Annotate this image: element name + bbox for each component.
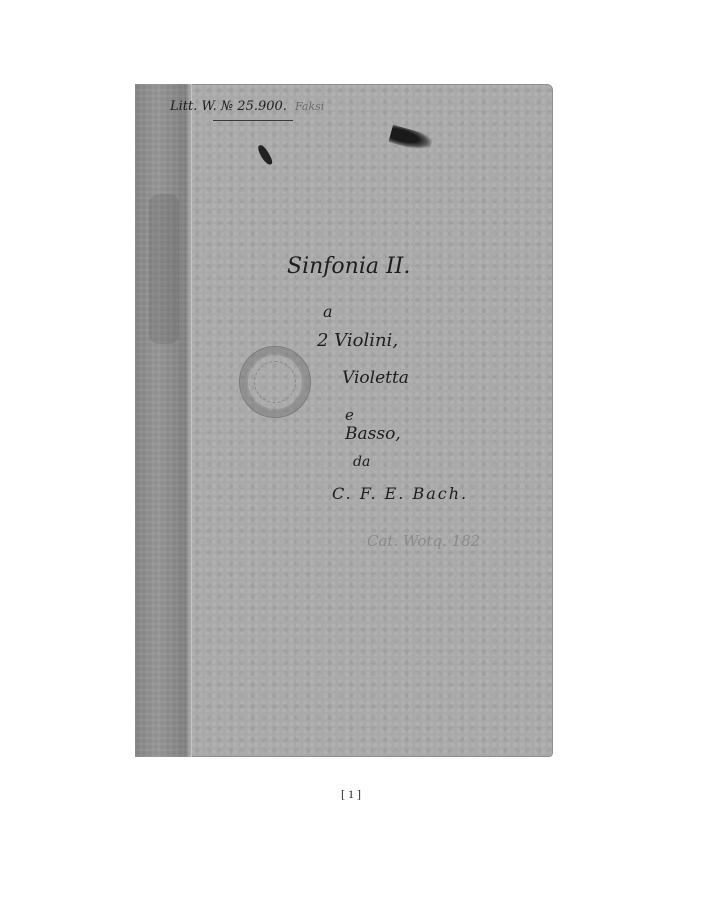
stamp-inner-ring (254, 361, 296, 403)
composer-name: C. F. E. Bach. (332, 484, 468, 503)
instrument-violini: 2 Violini, (317, 330, 398, 351)
catalog-mark: Litt. W. № 25.900. (170, 99, 287, 114)
catalog-note: Faksi (295, 100, 324, 113)
attribution-da: da (353, 454, 370, 470)
instrument-violetta: Violetta (342, 368, 409, 388)
binding-spine (135, 84, 192, 757)
catalog-underline (213, 120, 293, 121)
ink-blot-right (388, 125, 433, 153)
spine-stain (149, 194, 179, 344)
pencil-catalog-note: Cat. Wotq. 182 (367, 532, 480, 550)
page-number: [ 1 ] (0, 787, 702, 802)
ink-blot-left (256, 143, 274, 166)
instrument-basso: Basso, (345, 424, 401, 444)
manuscript-cover-plate: Litt. W. № 25.900. Faksi Sinfonia II. a … (135, 84, 553, 757)
instrument-prefix: a (323, 302, 333, 321)
work-title: Sinfonia II. (287, 254, 410, 279)
library-stamp-icon (239, 346, 311, 418)
conjunction-e: e (345, 406, 354, 424)
